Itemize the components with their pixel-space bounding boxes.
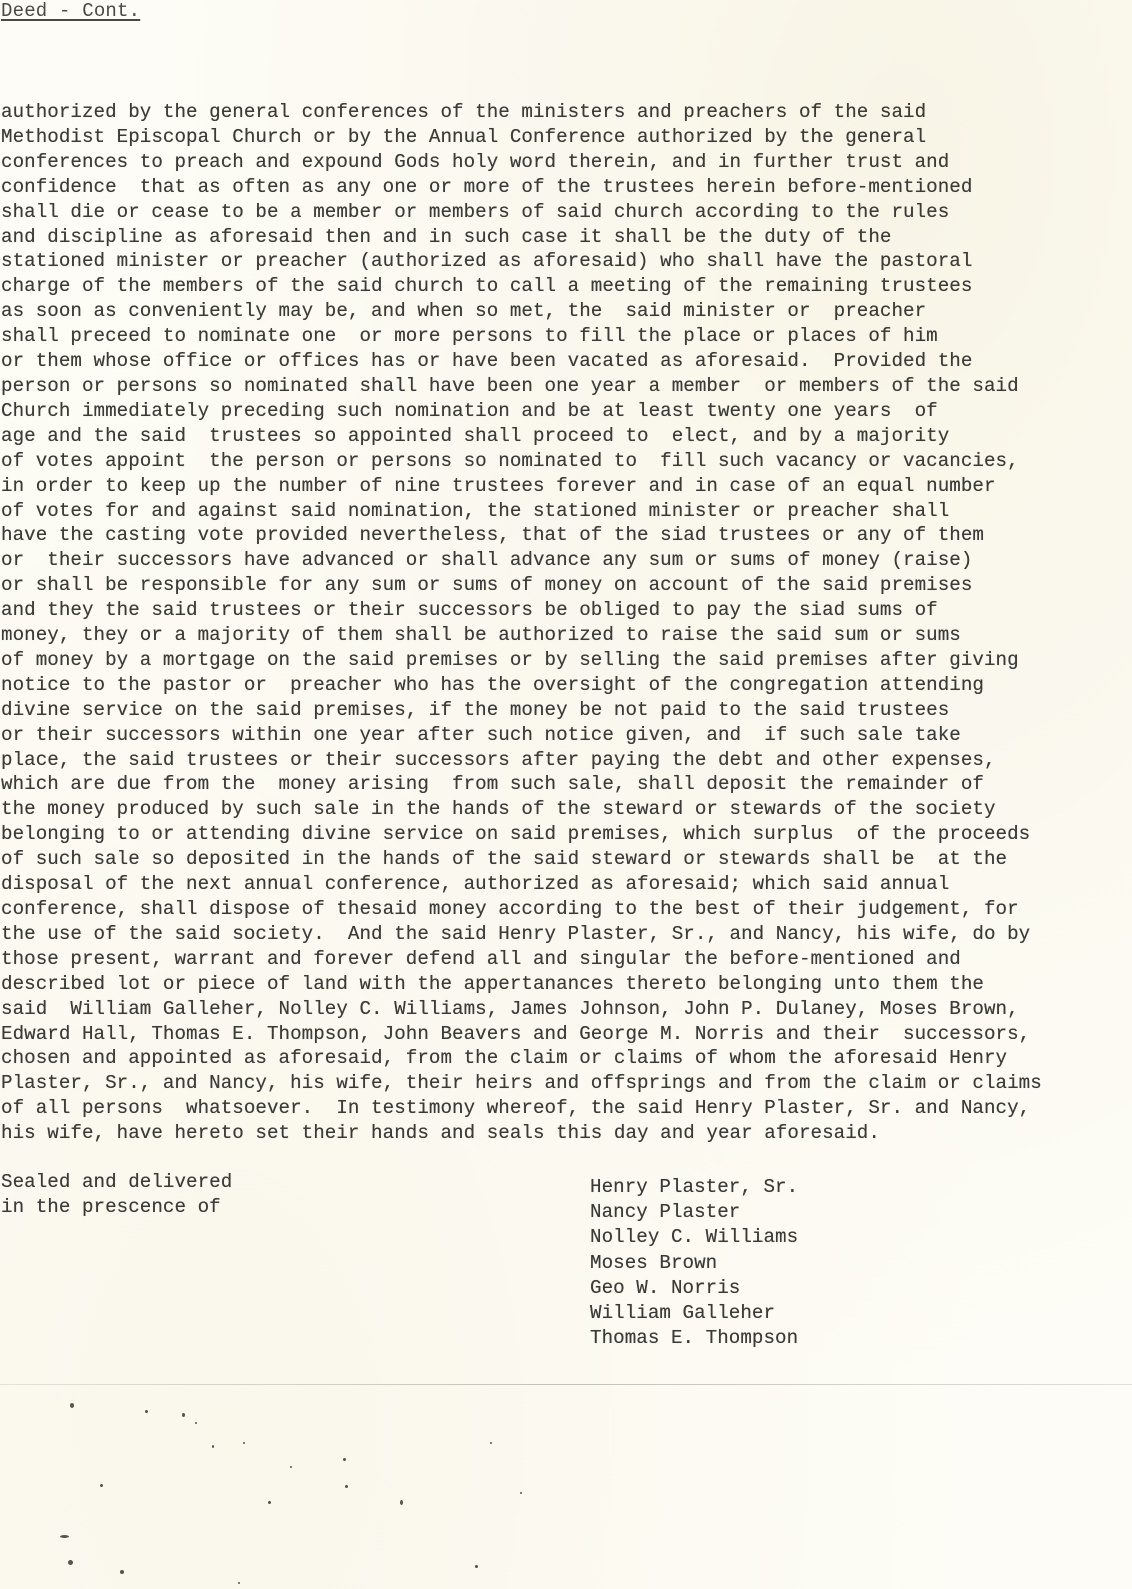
scan-speck bbox=[70, 1403, 74, 1408]
signature-name: Henry Plaster, Sr. bbox=[590, 1175, 798, 1200]
signature-name: William Galleher bbox=[590, 1301, 798, 1326]
body-line: shall preceed to nominate one or more pe… bbox=[1, 324, 1132, 349]
body-line: Edward Hall, Thomas E. Thompson, John Be… bbox=[1, 1022, 1132, 1047]
scan-speck bbox=[345, 1485, 348, 1488]
document-page: Deed - Cont. authorized by the general c… bbox=[0, 0, 1132, 1589]
scan-speck bbox=[100, 1484, 103, 1487]
scan-speck bbox=[400, 1500, 403, 1505]
scan-speck bbox=[520, 1492, 522, 1494]
signature-list: Henry Plaster, Sr.Nancy PlasterNolley C.… bbox=[590, 1175, 798, 1351]
scan-speck bbox=[268, 1501, 271, 1504]
scan-speck bbox=[182, 1413, 185, 1417]
body-line: chosen and appointed as aforesaid, from … bbox=[1, 1046, 1132, 1071]
body-line: Plaster, Sr., and Nancy, his wife, their… bbox=[1, 1071, 1132, 1096]
scan-speck bbox=[60, 1535, 69, 1538]
signature-name: Thomas E. Thompson bbox=[590, 1326, 798, 1351]
body-line: which are due from the money arising fro… bbox=[1, 772, 1132, 797]
body-line: of money by a mortgage on the said premi… bbox=[1, 648, 1132, 673]
body-line: age and the said trustees so appointed s… bbox=[1, 424, 1132, 449]
body-line: the use of the said society. And the sai… bbox=[1, 922, 1132, 947]
sealed-delivered-block: Sealed and deliveredin the prescence of bbox=[1, 1170, 232, 1220]
body-line: authorized by the general conferences of… bbox=[1, 100, 1132, 125]
body-line: or their successors within one year afte… bbox=[1, 723, 1132, 748]
body-line: of votes for and against said nomination… bbox=[1, 499, 1132, 524]
signature-name: Nancy Plaster bbox=[590, 1200, 798, 1225]
scan-speck bbox=[145, 1410, 148, 1413]
body-line: disposal of the next annual conference, … bbox=[1, 872, 1132, 897]
body-line: stationed minister or preacher (authoriz… bbox=[1, 249, 1132, 274]
scan-speck bbox=[243, 1442, 245, 1444]
sealed-line: Sealed and delivered bbox=[1, 1170, 232, 1195]
body-line: conference, shall dispose of thesaid mon… bbox=[1, 897, 1132, 922]
body-line: conferences to preach and expound Gods h… bbox=[1, 150, 1132, 175]
body-line: and they the said trustees or their succ… bbox=[1, 598, 1132, 623]
document-heading: Deed - Cont. bbox=[1, 0, 140, 22]
body-line: or them whose office or offices has or h… bbox=[1, 349, 1132, 374]
body-line: Church immediately preceding such nomina… bbox=[1, 399, 1132, 424]
body-line: or their successors have advanced or sha… bbox=[1, 548, 1132, 573]
scan-speck bbox=[290, 1466, 292, 1468]
body-line: and discipline as aforesaid then and in … bbox=[1, 225, 1132, 250]
body-line: belonging to or attending divine service… bbox=[1, 822, 1132, 847]
scan-speck bbox=[475, 1565, 478, 1568]
signature-name: Moses Brown bbox=[590, 1251, 798, 1276]
body-line: or shall be responsible for any sum or s… bbox=[1, 573, 1132, 598]
body-line: person or persons so nominated shall hav… bbox=[1, 374, 1132, 399]
signature-name: Geo W. Norris bbox=[590, 1276, 798, 1301]
body-line: Methodist Episcopal Church or by the Ann… bbox=[1, 125, 1132, 150]
body-line: notice to the pastor or preacher who has… bbox=[1, 673, 1132, 698]
body-line: in order to keep up the number of nine t… bbox=[1, 474, 1132, 499]
body-line: described lot or piece of land with the … bbox=[1, 972, 1132, 997]
body-line: his wife, have hereto set their hands an… bbox=[1, 1121, 1132, 1146]
body-line: money, they or a majority of them shall … bbox=[1, 623, 1132, 648]
body-line: of votes appoint the person or persons s… bbox=[1, 449, 1132, 474]
body-line: charge of the members of the said church… bbox=[1, 274, 1132, 299]
body-line: the money produced by such sale in the h… bbox=[1, 797, 1132, 822]
deed-body-text: authorized by the general conferences of… bbox=[1, 100, 1132, 1146]
body-line: those present, warrant and forever defen… bbox=[1, 947, 1132, 972]
scan-speck bbox=[212, 1445, 214, 1448]
body-line: place, the said trustees or their succes… bbox=[1, 748, 1132, 773]
scan-speck bbox=[490, 1442, 492, 1444]
body-line: shall die or cease to be a member or mem… bbox=[1, 200, 1132, 225]
body-line: have the casting vote provided neverthel… bbox=[1, 523, 1132, 548]
body-line: confidence that as often as any one or m… bbox=[1, 175, 1132, 200]
body-line: as soon as conveniently may be, and when… bbox=[1, 299, 1132, 324]
scan-speck bbox=[195, 1422, 197, 1424]
scan-speck bbox=[238, 1582, 240, 1584]
body-line: divine service on the said premises, if … bbox=[1, 698, 1132, 723]
body-line: of such sale so deposited in the hands o… bbox=[1, 847, 1132, 872]
scan-speck bbox=[120, 1570, 124, 1574]
scan-speck bbox=[68, 1560, 73, 1565]
sealed-line: in the prescence of bbox=[1, 1195, 232, 1220]
scan-speck bbox=[343, 1458, 346, 1461]
signature-name: Nolley C. Williams bbox=[590, 1225, 798, 1250]
page-fold-line bbox=[0, 1384, 1132, 1385]
body-line: of all persons whatsoever. In testimony … bbox=[1, 1096, 1132, 1121]
body-line: said William Galleher, Nolley C. William… bbox=[1, 997, 1132, 1022]
